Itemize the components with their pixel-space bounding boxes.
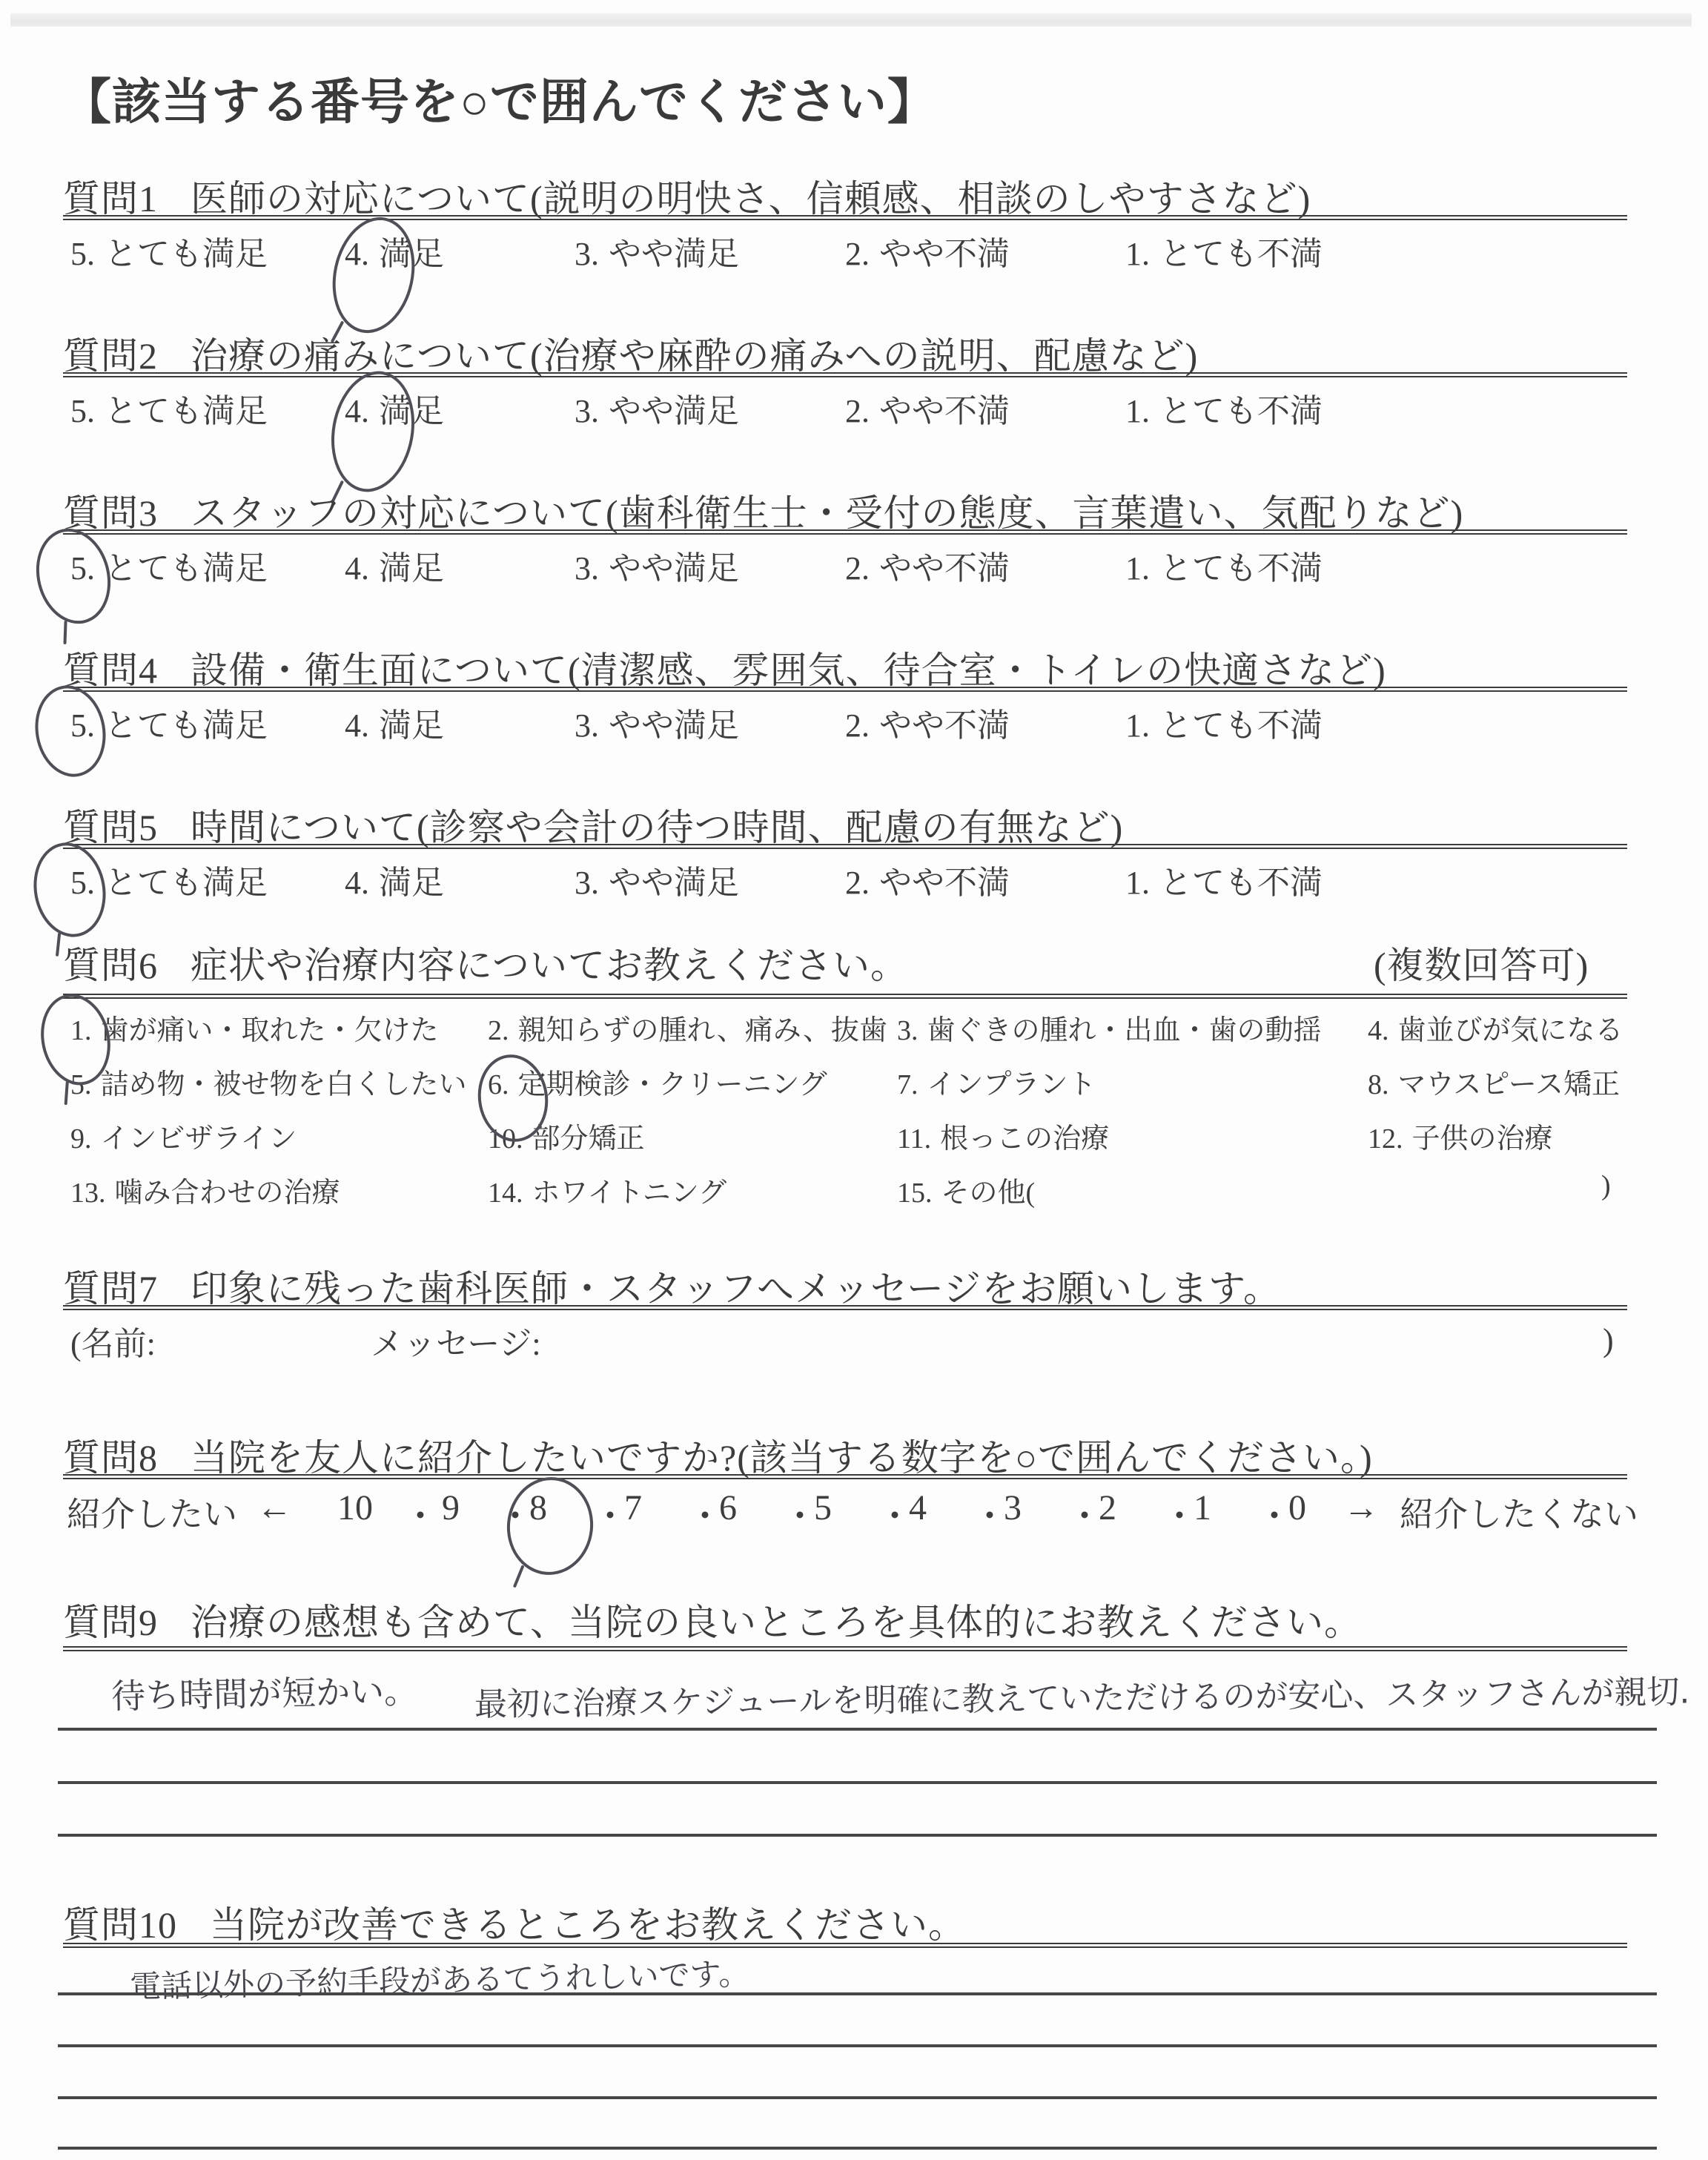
q8-right-arrow-icon: → [1343, 1487, 1379, 1528]
q6-item-5: 5.詰め物・被せ物を白くしたい [70, 1061, 467, 1102]
q8-scale-2: 2 [1099, 1487, 1116, 1528]
q6-item-11: 11.根っこの治療 [897, 1115, 1109, 1156]
question-6-heading: 質問6症状や治療内容についてお教えください。 [63, 936, 908, 989]
q8-left-arrow-icon: ← [256, 1487, 292, 1528]
ruled-line [58, 2044, 1657, 2047]
q8-scale-4: 4 [909, 1487, 927, 1528]
q5-option-2: 2.やや不満 [845, 856, 1010, 903]
q8-scale-10: 10 [337, 1487, 373, 1528]
q8-dot: ・ [403, 1487, 438, 1539]
q4-option-4: 4.満足 [345, 698, 444, 746]
q8-right-label: 紹介したくない [1400, 1487, 1638, 1536]
q2-option-1: 1.とても不満 [1125, 384, 1323, 432]
question-6-label: 質問6 [63, 936, 158, 989]
q1-option-1: 1.とても不満 [1125, 227, 1323, 274]
question-6-topic: 症状や治療内容についてお教えください。 [191, 945, 908, 986]
ruled-line [58, 1781, 1657, 1784]
ruled-line [58, 1728, 1657, 1731]
q6-item-1: 1.歯が痛い・取れた・欠けた [70, 1007, 439, 1048]
ruled-line [58, 2147, 1657, 2150]
question-7-topic: 印象に残った歯科医師・スタッフへメッセージをお願いします。 [191, 1268, 1281, 1309]
question-2-topic: 治療の痛みについて(治療や麻酔の痛みへの説明、配慮など) [191, 335, 1198, 377]
q8-scale-5: 5 [814, 1487, 832, 1528]
q8-scale-6: 6 [719, 1487, 737, 1528]
q6-item-15: 15.その他( [897, 1169, 1035, 1210]
question-2-underline [63, 372, 1627, 377]
q2-option-2: 2.やや不満 [845, 384, 1010, 432]
q10-answer-handwriting: 電話以外の予約手段があるてうれしいです。 [129, 1949, 749, 2007]
question-4-topic: 設備・衛生面について(清潔感、雰囲気、待合室・トイレの快適さなど) [191, 650, 1386, 691]
q3-option-3: 3.やや満足 [575, 541, 739, 589]
q3-selection-circle [27, 521, 121, 632]
q8-dot: ・ [877, 1487, 913, 1539]
scan-artifact-band [10, 13, 1692, 27]
q3-option-2: 2.やや不満 [845, 541, 1010, 589]
q9-answer-handwriting: 最初に治療スケジュールを明確に教えていただけるのが安心、スタッフさんが親切. [474, 1665, 1690, 1725]
question-9-label: 質問9 [63, 1593, 158, 1646]
q4-option-3: 3.やや満足 [575, 698, 739, 746]
q6-item-4: 4.歯並びが気になる [1368, 1007, 1623, 1048]
q8-scale-3: 3 [1004, 1487, 1022, 1528]
q7-close-paren: ) [1603, 1321, 1614, 1359]
q5-option-3: 3.やや満足 [575, 856, 739, 903]
question-10-topic: 当院が改善できるところをお教えください。 [210, 1904, 966, 1946]
question-9-underline [63, 1646, 1627, 1651]
question-3-underline [63, 529, 1627, 535]
q6-item-13: 13.噛み合わせの治療 [70, 1169, 340, 1210]
question-10-underline [63, 1943, 1627, 1948]
q8-dot: ・ [782, 1487, 818, 1539]
question-6-underline [63, 994, 1627, 999]
q8-dot: ・ [592, 1487, 628, 1539]
question-5-underline [63, 844, 1627, 849]
question-1-topic: 医師の対応について(説明の明快さ、信頼感、相談のしやすさなど) [191, 178, 1311, 219]
question-3-topic: スタッフの対応について(歯科衛生士・受付の態度、言葉遣い、気配りなど) [191, 492, 1463, 534]
q7-name-label: (名前: [70, 1317, 156, 1364]
question-10-heading: 質問10当院が改善できるところをお教えください。 [63, 1895, 966, 1949]
ruled-line [58, 2096, 1657, 2099]
q6-item-9: 9.インビザライン [70, 1115, 297, 1156]
q8-dot: ・ [1067, 1487, 1102, 1539]
question-9-topic: 治療の感想も含めて、当院の良いところを具体的にお教えください。 [191, 1602, 1362, 1643]
question-10-label: 質問10 [63, 1895, 177, 1949]
q5-option-1: 1.とても不満 [1125, 856, 1323, 903]
q8-scale-9: 9 [442, 1487, 460, 1528]
q8-scale-0: 0 [1288, 1487, 1306, 1528]
question-8-topic: 当院を友人に紹介したいですか?(該当する数字を○で囲んでください。) [191, 1437, 1373, 1479]
question-6-note: (複数回答可) [1374, 936, 1589, 989]
q4-selection-circle [28, 680, 113, 782]
q5-selection-circle [27, 837, 113, 943]
ruled-line [58, 1992, 1657, 1995]
q8-scale-1: 1 [1194, 1487, 1211, 1528]
q8-dot: ・ [687, 1487, 723, 1539]
q6-other-close-paren: ) [1601, 1169, 1611, 1202]
q1-option-5: 5.とても満足 [70, 227, 268, 274]
q1-option-2: 2.やや不満 [845, 227, 1010, 274]
q8-dot: ・ [1257, 1487, 1292, 1539]
q6-item-2: 2.親知らずの腫れ、痛み、抜歯 [488, 1007, 887, 1048]
question-1-underline [63, 215, 1627, 220]
q5-option-4: 4.満足 [345, 856, 444, 903]
question-8-underline [63, 1474, 1627, 1479]
q1-option-3: 3.やや満足 [575, 227, 739, 274]
q6-item-3: 3.歯ぐきの腫れ・出血・歯の動揺 [897, 1007, 1322, 1048]
q8-scale-7: 7 [624, 1487, 642, 1528]
question-9-heading: 質問9治療の感想も含めて、当院の良いところを具体的にお教えください。 [63, 1593, 1362, 1646]
q3-option-1: 1.とても不満 [1125, 541, 1323, 589]
q3-option-4: 4.満足 [345, 541, 444, 589]
q4-option-2: 2.やや不満 [845, 698, 1010, 746]
question-7-underline [63, 1305, 1627, 1310]
q9-answer-handwriting: 待ち時間が短かい。 [110, 1664, 418, 1718]
question-4-underline [63, 687, 1627, 692]
q6-item-8: 8.マウスピース矯正 [1368, 1061, 1620, 1102]
q8-left-label: 紹介したい [67, 1487, 237, 1536]
survey-page: 【該当する番号を○で囲んでください】 質問1医師の対応について(説明の明快さ、信… [0, 0, 1708, 2160]
q6-item-7: 7.インプラント [897, 1061, 1096, 1102]
q7-message-label: メッセージ: [371, 1317, 541, 1364]
q8-dot: ・ [1162, 1487, 1197, 1539]
q8-dot: ・ [972, 1487, 1007, 1539]
q2-option-5: 5.とても満足 [70, 384, 268, 432]
q6-item-12: 12.子供の治療 [1368, 1115, 1553, 1156]
q6-item-14: 14.ホワイトニング [488, 1169, 726, 1210]
q4-option-1: 1.とても不満 [1125, 698, 1323, 746]
q2-option-3: 3.やや満足 [575, 384, 739, 432]
survey-title: 【該当する番号を○で囲んでください】 [62, 62, 937, 133]
ruled-line [58, 1834, 1657, 1837]
question-5-topic: 時間について(診察や会計の待つ時間、配慮の有無など) [191, 807, 1123, 848]
